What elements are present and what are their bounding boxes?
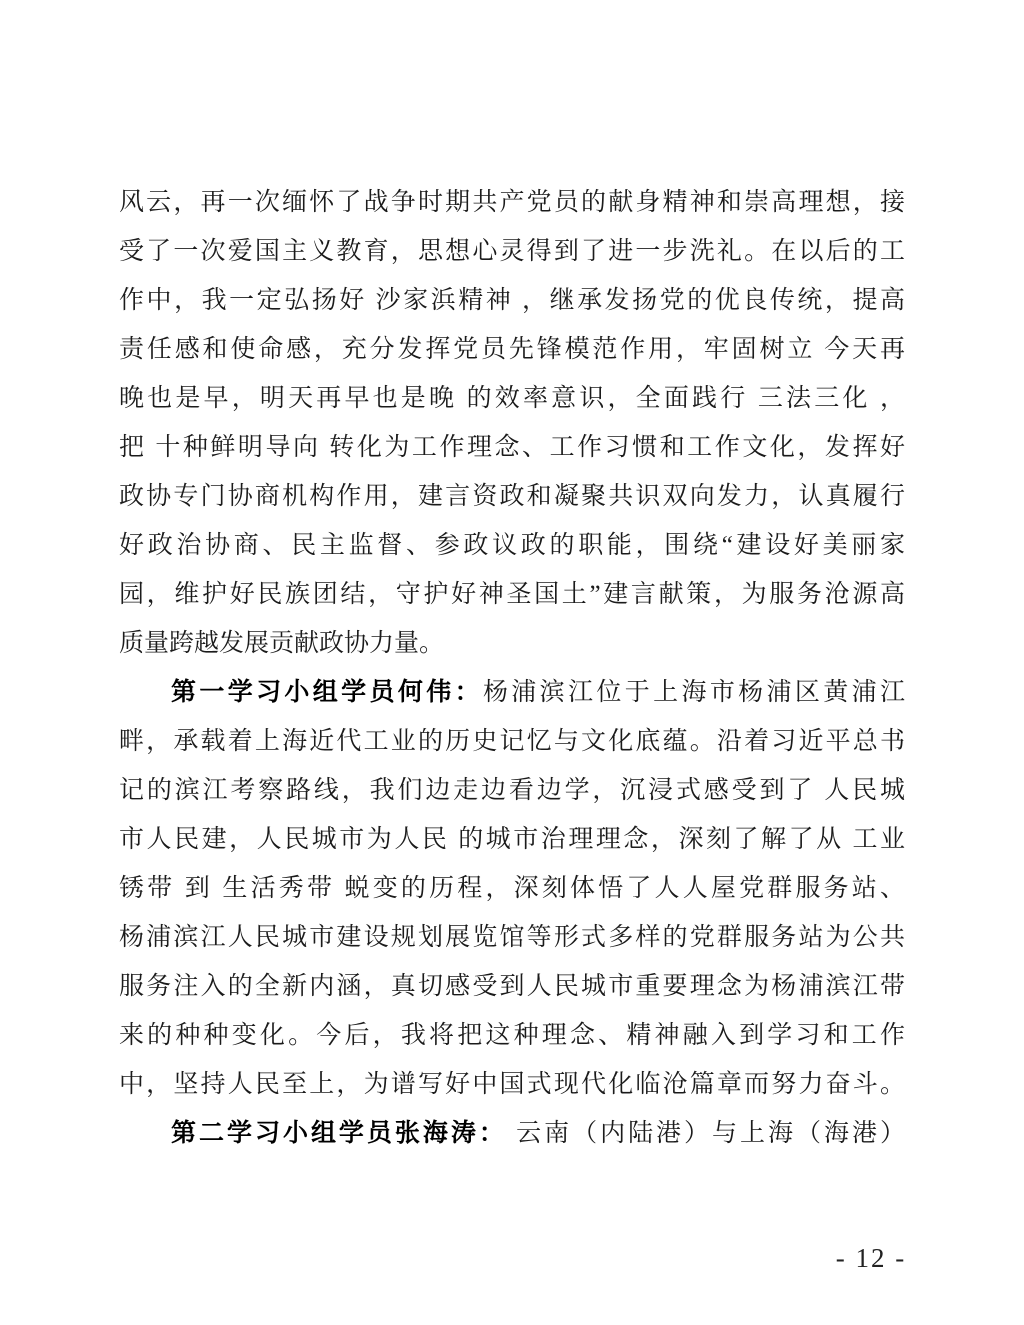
text-run: 云南（内陆港）与上海（海港） xyxy=(507,1120,905,1147)
text-line: 市人民建，人民城市为人民 的城市治理理念，深刻了解了从 工业 xyxy=(119,815,905,864)
text-run: 杨浦滨江位于上海市杨浦区黄浦江 xyxy=(483,679,905,706)
text-line: 把 十种鲜明导向 转化为工作理念、工作习惯和工作文化，发挥好 xyxy=(119,423,905,472)
text-line: 园，维护好民族团结，守护好神圣国土”建言献策，为服务沧源高 xyxy=(119,570,905,619)
speaker-lead-hewei: 第一学习小组学员何伟： xyxy=(171,679,483,706)
text-line: 记的滨江考察路线，我们边走边看边学，沉浸式感受到了 人民城 xyxy=(119,766,905,815)
text-line: 质量跨越发展贡献政协力量。 xyxy=(119,619,905,668)
text-line: 第一学习小组学员何伟：杨浦滨江位于上海市杨浦区黄浦江 xyxy=(119,668,905,717)
text-line: 畔，承载着上海近代工业的历史记忆与文化底蕴。沿着习近平总书 xyxy=(119,717,905,766)
text-line: 来的种种变化。今后，我将把这种理念、精神融入到学习和工作 xyxy=(119,1011,905,1060)
text-line: 政协专门协商机构作用，建言资政和凝聚共识双向发力，认真履行 xyxy=(119,472,905,521)
text-line: 受了一次爱国主义教育，思想心灵得到了进一步洗礼。在以后的工 xyxy=(119,227,905,276)
text-line: 责任感和使命感，充分发挥党员先锋模范作用，牢固树立 今天再 xyxy=(119,325,905,374)
page-number: - 12 - xyxy=(826,1240,916,1276)
text-line: 中，坚持人民至上，为谱写好中国式现代化临沧篇章而努力奋斗。 xyxy=(119,1060,905,1109)
speaker-lead-zhanghaitao: 第二学习小组学员张海涛： xyxy=(171,1120,507,1147)
text-line: 作中，我一定弘扬好 沙家浜精神 ，继承发扬党的优良传统，提高 xyxy=(119,276,905,325)
text-line: 晚也是早，明天再早也是晚 的效率意识，全面践行 三法三化 ， xyxy=(119,374,905,423)
text-line: 服务注入的全新内涵，真切感受到人民城市重要理念为杨浦滨江带 xyxy=(119,962,905,1011)
text-line: 好政治协商、民主监督、参政议政的职能，围绕“建设好美丽家 xyxy=(119,521,905,570)
text-line: 杨浦滨江人民城市建设规划展览馆等形式多样的党群服务站为公共 xyxy=(119,913,905,962)
text-line: 锈带 到 生活秀带 蜕变的历程，深刻体悟了人人屋党群服务站、 xyxy=(119,864,905,913)
text-line: 风云，再一次缅怀了战争时期共产党员的献身精神和崇高理想，接 xyxy=(119,178,905,227)
document-body: 风云，再一次缅怀了战争时期共产党员的献身精神和崇高理想，接 受了一次爱国主义教育… xyxy=(119,178,905,1158)
text-line: 第二学习小组学员张海涛： 云南（内陆港）与上海（海港） xyxy=(119,1109,905,1158)
